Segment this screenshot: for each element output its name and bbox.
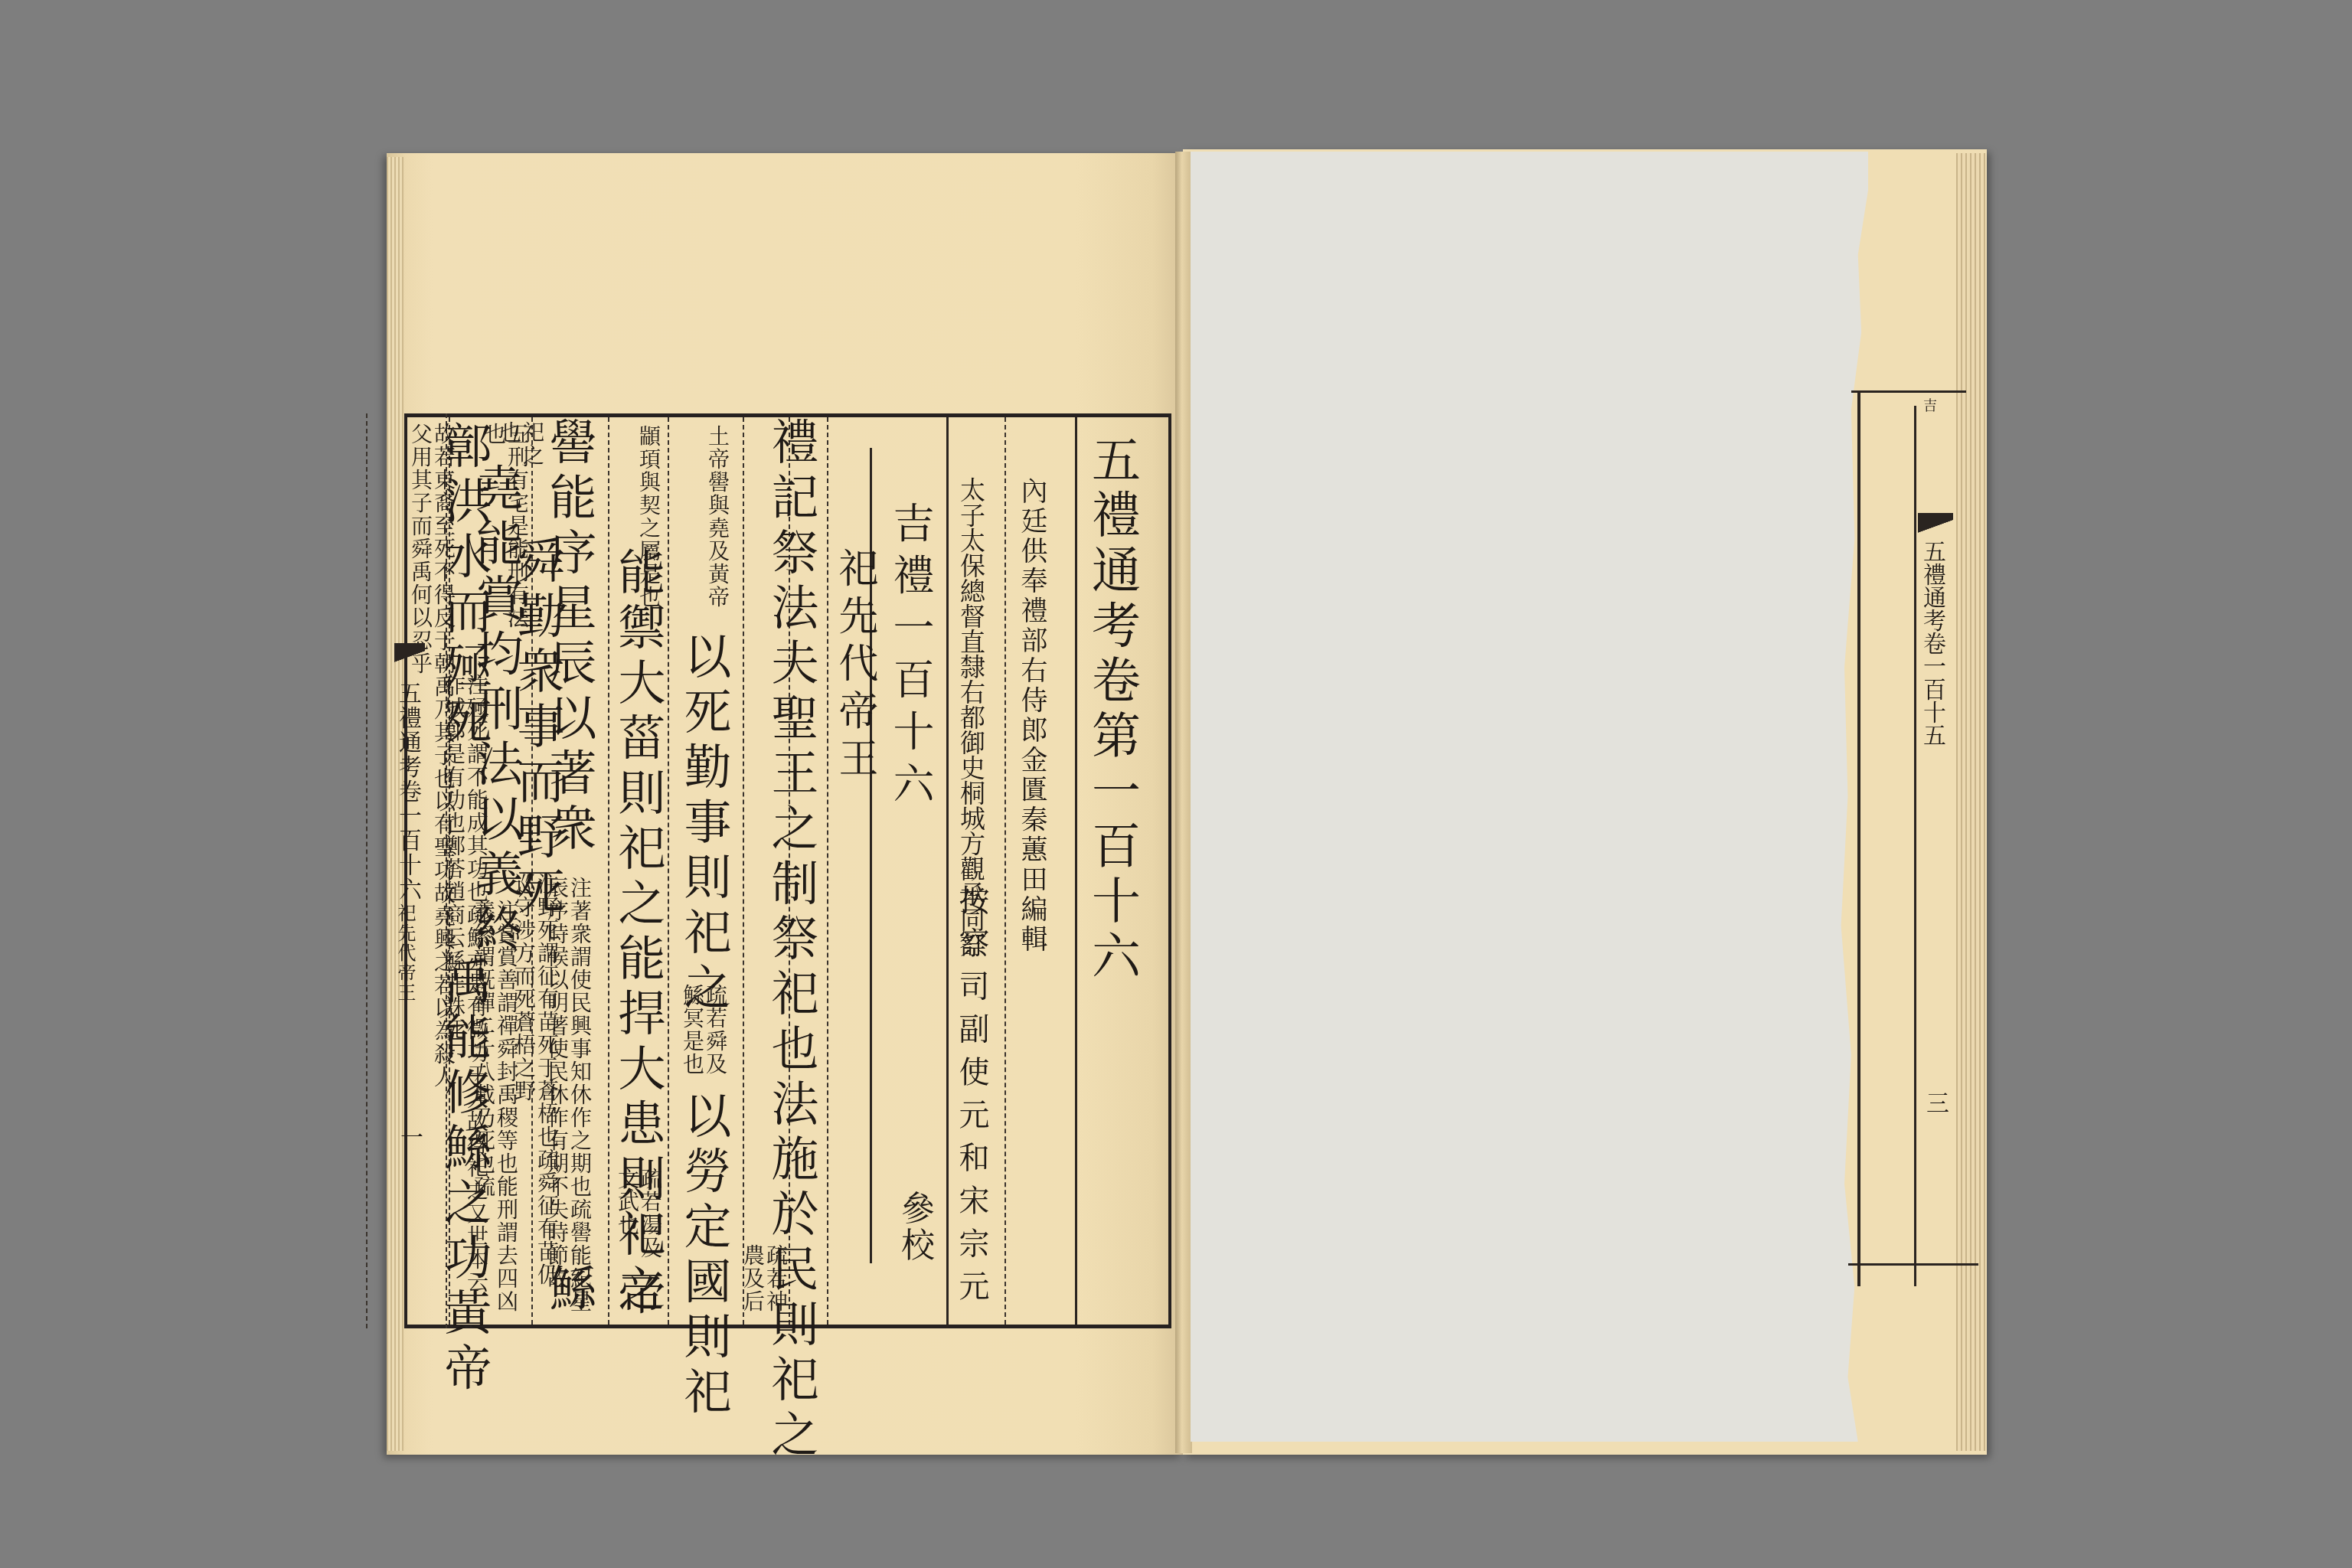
collator-suffix: 參校 [897,1191,931,1264]
fishtail-mark [1918,513,1953,544]
collator-credit-2: 按察司副使元和宋宗元 [956,884,987,1313]
body-column-8: 禹能修鯀之功黃帝 [440,957,488,1398]
annotation: 疏若舜及鯀冥是也 [679,984,727,1083]
banxin-title: 五禮通考卷一百十五 [1920,540,1943,746]
annotation: 土帝嚳與堯及黃帝 [706,425,729,655]
body-column-2b: 以勞定國則祀 [680,1091,727,1422]
column-rule [743,417,744,1325]
section-heading: 吉禮一百十六 [890,501,931,814]
column-rule [827,417,828,1325]
banxin-title: 五禮通考卷一百十六 [396,681,419,902]
body-column-6: 舜勤衆事而野死 [513,536,560,922]
body-column-3b: 帝 [614,1267,661,1322]
compiler-credit: 內廷供奉禮部右侍郎金匱秦蕙田編輯 [1020,477,1044,955]
banxin-section: 祀先代帝王 [396,903,414,1003]
banxin-page-number: 一 [397,1125,420,1148]
frame-line [1851,390,1966,393]
banxin-page-number: 三 [1923,1091,1946,1114]
banxin-top-mark: 吉 [1922,398,1935,412]
frame-line [1848,1263,1978,1266]
column-rule [1075,417,1077,1325]
frame-line [1857,390,1860,1286]
blank-insert-sheet [1191,152,1868,1442]
column-rule [668,417,669,1325]
frame-line [1914,406,1916,1286]
right-page-edge-stack [1956,153,1985,1451]
annotation: 疏若神農及后 [744,1244,787,1321]
body-column-6b: 鯀 [545,1263,593,1318]
column-rule [608,417,609,1325]
fishtail-mark [394,643,425,674]
subsection-heading: 祀先代帝王 [835,547,874,785]
column-rule [366,413,367,1328]
column-rule [1004,417,1006,1325]
annotation: 疏若湯及文武也 [614,1168,661,1267]
column-rule [946,417,949,1328]
annotation: 注野死謂征有苗死于蒼梧也疏舜征有苗仍巡守涉方而死蒼梧之野 [509,873,558,1302]
book-gutter [1175,152,1192,1453]
body-column-2: 以死勤事則祀之 [680,632,727,1018]
volume-title: 五禮通考卷第一百十六 [1087,434,1136,985]
left-banxin: 五禮通考卷一百十六 祀先代帝王 一 [394,413,425,1328]
